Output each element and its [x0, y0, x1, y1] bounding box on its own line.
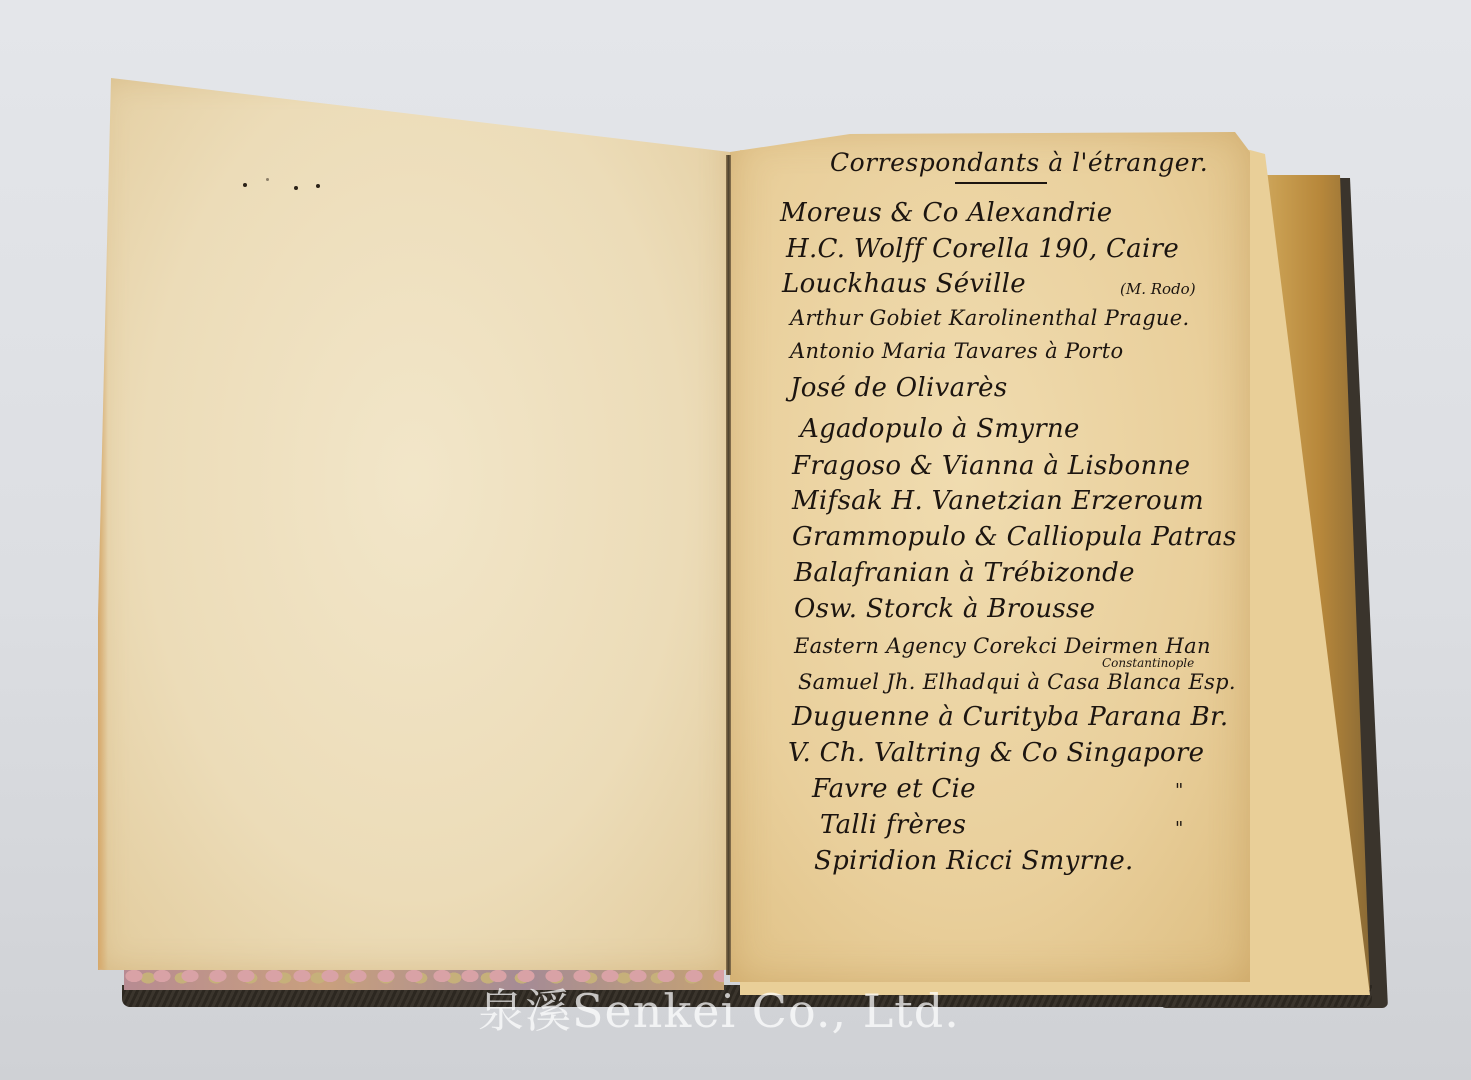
- list-line: Duguenne à Curityba Parana Br.: [792, 702, 1228, 732]
- list-line: Balafranian à Trébizonde: [794, 558, 1135, 588]
- list-line: V. Ch. Valtring & Co Singapore: [788, 738, 1204, 768]
- list-line: H.C. Wolff Corella 190, Caire: [786, 234, 1179, 264]
- list-line: Osw. Storck à Brousse: [794, 594, 1095, 624]
- list-line: Grammopulo & Calliopula Patras: [792, 522, 1237, 552]
- list-line: Agadopulo à Smyrne: [800, 414, 1080, 444]
- watermark: 泉溪Senkei Co., Ltd.: [478, 975, 960, 1041]
- superscript-note: Constantinople: [1102, 656, 1194, 670]
- parenthetical-note: (M. Rodo): [1120, 280, 1196, 298]
- ink-spot: [243, 183, 247, 187]
- ditto-mark: ": [1175, 818, 1183, 839]
- list-line: Talli frères: [820, 810, 966, 840]
- book-photo: Correspondants à l'étranger. Moreus & Co…: [0, 0, 1471, 1080]
- list-line: Fragoso & Vianna à Lisbonne: [792, 451, 1190, 481]
- list-line: Mifsak H. Vanetzian Erzeroum: [792, 486, 1204, 516]
- list-line: José de Olivarès: [790, 373, 1007, 403]
- ink-spot: [266, 178, 269, 181]
- ditto-mark: ": [1175, 780, 1183, 801]
- list-line: Louckhaus Séville: [782, 269, 1026, 299]
- ink-spot: [316, 184, 320, 188]
- list-line: Spiridion Ricci Smyrne.: [814, 846, 1134, 876]
- title-underline: [955, 182, 1047, 184]
- list-line: Samuel Jh. Elhadqui à Casa Blanca Esp.: [798, 670, 1236, 694]
- list-title: Correspondants à l'étranger.: [830, 148, 1208, 177]
- list-line: Eastern Agency Corekci Deirmen Han: [794, 634, 1211, 658]
- book-gutter: [726, 155, 731, 975]
- list-line: Moreus & Co Alexandrie: [780, 198, 1112, 228]
- ink-spot: [294, 186, 298, 190]
- list-line: Antonio Maria Tavares à Porto: [790, 339, 1123, 363]
- list-line: Arthur Gobiet Karolinenthal Prague.: [790, 306, 1189, 330]
- list-line: Favre et Cie: [812, 774, 976, 804]
- left-page: [98, 78, 730, 970]
